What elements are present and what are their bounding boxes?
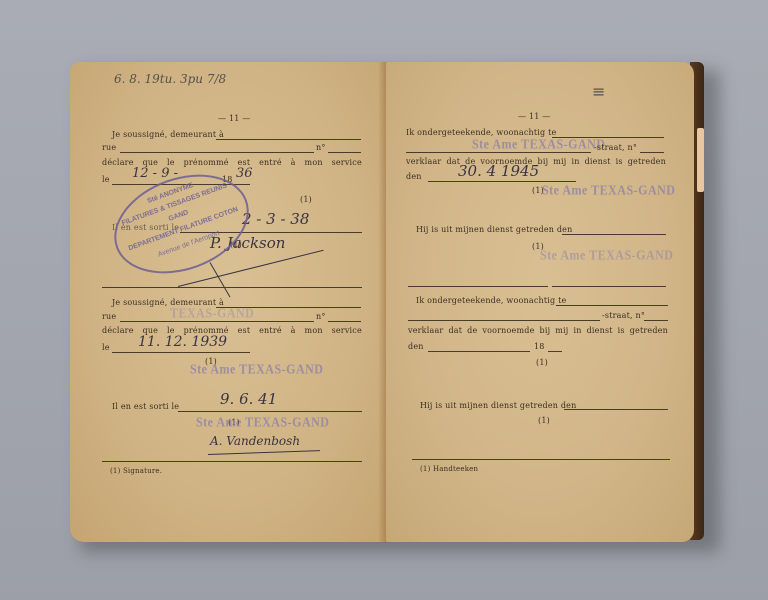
date-label: den [408,342,424,352]
street-field-line [120,321,314,322]
number-field-line [640,152,664,153]
entry-date-handwritten: 30. 4 1945 [458,162,539,180]
exit-date-field-line [562,234,666,235]
signature-flourish [210,262,231,297]
left-page: 6. 8. 19tu. 3pu 7/8 — 11 — Je soussigné,… [70,62,388,542]
corner-mark: ≡ [592,82,603,101]
right-page: ≡ — 11 — Ik ondergeteekende, woonachtig … [386,62,694,542]
employer-signature: A. Vandenbosh [210,434,300,448]
street-label: rue [102,143,116,153]
exit-label: Hij is uit mijnen dienst getreden den [420,401,576,411]
street-label: rue [102,312,116,322]
street-suffix: -straat, n° [602,311,645,321]
footnote-divider [102,461,362,462]
exit-label: Il en est sorti le [112,402,179,412]
number-field-line [644,320,668,321]
number-field-line [328,321,361,322]
company-stamp: Ste Ame TEXAS-GAND [190,361,323,378]
section-divider [408,286,548,287]
section-divider [552,286,666,287]
stamp-faint: TEXAS-GAND [170,305,254,322]
exit-date-field-line [178,411,362,412]
year-handwritten: 36 [236,166,253,181]
year-field-line [548,351,562,352]
footnote: (1) Signature. [110,466,162,476]
company-stamp: Ste Ame TEXAS-GAND [196,414,329,431]
street-field-line [120,152,314,153]
footnote: (1) Handteeken [420,464,478,474]
declaration-text: verklaardatdevoornoemdebijmijindienstisg… [408,326,668,336]
address-field-line [556,305,668,306]
signature-ref: (1) [536,358,548,368]
signature-ref: (1) [538,416,550,426]
entry-date-handwritten: 11. 12. 1939 [138,334,227,350]
date-field-line [112,352,250,353]
exit-date-field-line [564,409,668,410]
signature-ref: (1) [300,195,312,205]
number-label: n° [316,143,326,153]
address-field-line [216,139,361,140]
declaration-line: Ik ondergeteekende, woonachtig te [416,296,566,306]
declaration-line: Je soussigné, demeurant à [112,130,224,140]
page-number: — 11 — [218,114,250,124]
company-stamp: Ste Ame TEXAS-GAND [542,182,675,199]
number-label: n° [316,312,326,322]
date-field-line [428,351,530,352]
exit-date-handwritten: 2 - 3 - 38 [242,210,309,228]
torn-paper-tab [697,128,704,192]
street-field-line [408,320,600,321]
company-stamp: Ste Ame TEXAS-GAND [540,247,673,264]
footnote-divider [412,459,670,460]
street-suffix: -straat, n° [594,143,637,153]
number-field-line [328,152,361,153]
signature-flourish [208,450,320,455]
exit-date-handwritten: 9. 6. 41 [220,390,277,408]
company-stamp: Ste Ame TEXAS-GAND [472,136,605,153]
date-label: le [102,343,110,353]
year-prefix: 18 [534,342,545,352]
exit-label: Hij is uit mijnen dienst getreden den [416,225,572,235]
section-divider [102,287,362,288]
date-label: den [406,172,422,182]
page-number: — 11 — [518,112,550,122]
date-label: le [102,175,110,185]
pencil-note: 6. 8. 19tu. 3pu 7/8 [114,72,226,86]
